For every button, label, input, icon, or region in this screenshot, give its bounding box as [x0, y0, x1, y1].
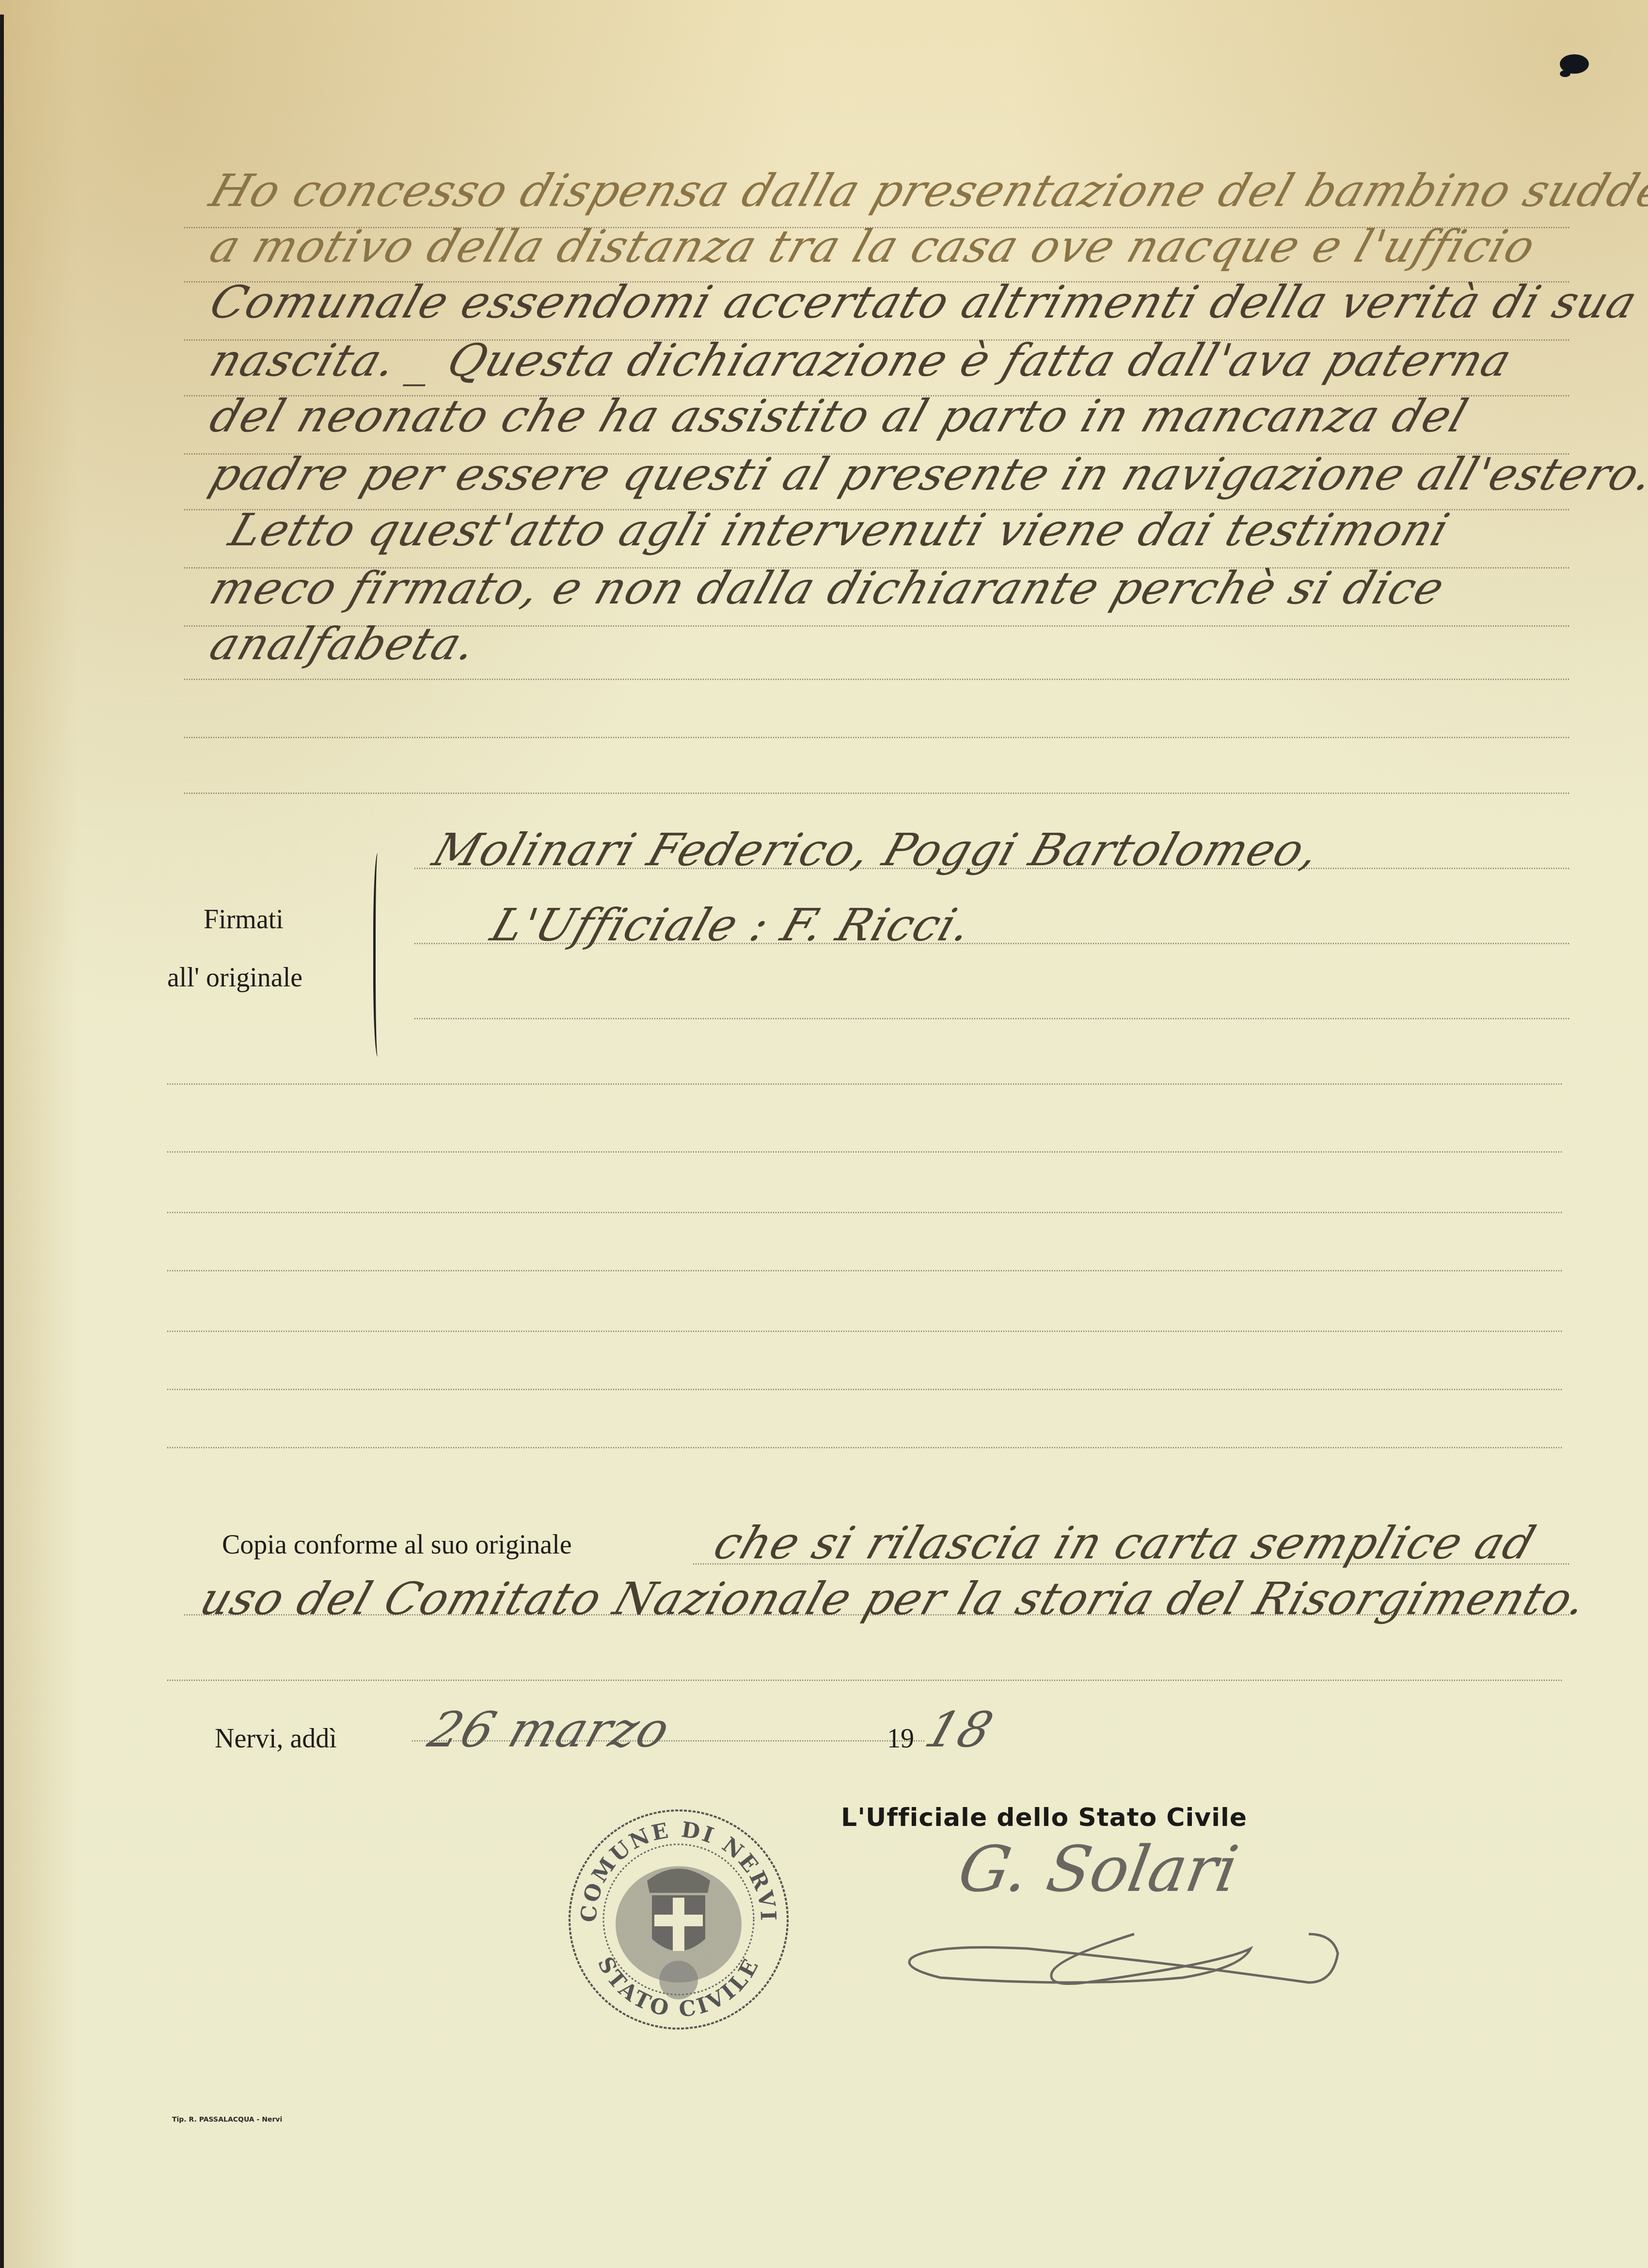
body-line-2: a motivo della distanza tra la casa ove … [204, 221, 1542, 272]
ruled-line [184, 737, 1570, 738]
certification-handwritten-1: che si rilascia in carta semplice ad [708, 1517, 1542, 1569]
brace-divider [373, 853, 384, 1057]
body-line-8: meco firmato, e non dalla dichiarante pe… [204, 562, 1452, 614]
body-line-9: analfabeta. [204, 618, 484, 670]
ruled-line [167, 1151, 1563, 1153]
officer-signature: G. Solari [953, 1832, 1244, 1906]
body-line-5: del neonato che ha assistito al parto in… [204, 390, 1474, 442]
officer-signature-copy: L'Ufficiale : F. Ricci. [485, 899, 979, 951]
document-page: Ho concesso dispensa dalla presentazione… [0, 0, 1648, 2268]
body-line-3: Comunale essendomi accertato altrimenti … [204, 276, 1644, 328]
ruled-line [167, 1389, 1563, 1390]
all-originale-label: all' originale [167, 962, 302, 993]
ruled-line [184, 793, 1570, 794]
municipal-seal-icon: COMUNE DI NERVI STATO CIVILE [562, 1803, 795, 2036]
body-line-6: padre per essere questi al presente in n… [204, 448, 1648, 500]
copia-conforme-label: Copia conforme al suo originale [222, 1529, 572, 1560]
certification-handwritten-2: uso del Comitato Nazionale per la storia… [194, 1573, 1594, 1625]
ruled-line [167, 1212, 1563, 1213]
ruled-line [167, 1447, 1563, 1448]
body-line-4: nascita. _ Questa dichiarazione è fatta … [204, 334, 1519, 386]
year-suffix: 18 [919, 1701, 1000, 1758]
witness-signatures: Molinari Federico, Poggi Bartolomeo, [427, 824, 1327, 876]
year-prefix: 19 [887, 1723, 914, 1754]
handwritten-date: 26 marzo [422, 1701, 678, 1758]
printer-imprint: Tip. R. PASSALACQUA - Nervi [172, 2116, 282, 2124]
body-line-1: Ho concesso dispensa dalla presentazione… [204, 165, 1648, 217]
paper-hole-small [1560, 70, 1570, 77]
ruled-line [167, 1083, 1563, 1085]
scan-edge [0, 15, 4, 2268]
signature-flourish-icon [882, 1905, 1357, 1992]
ruled-line [167, 1331, 1563, 1332]
firmati-label: Firmati [204, 904, 284, 935]
place-label: Nervi, addì [215, 1723, 337, 1754]
ruled-line [184, 679, 1570, 680]
officer-title: L'Ufficiale dello Stato Civile [841, 1803, 1247, 1832]
ruled-line [167, 1680, 1563, 1681]
ruled-line [167, 1270, 1563, 1271]
ruled-line [414, 1018, 1570, 1019]
body-line-7: Letto quest'atto agli intervenuti viene … [223, 504, 1456, 556]
